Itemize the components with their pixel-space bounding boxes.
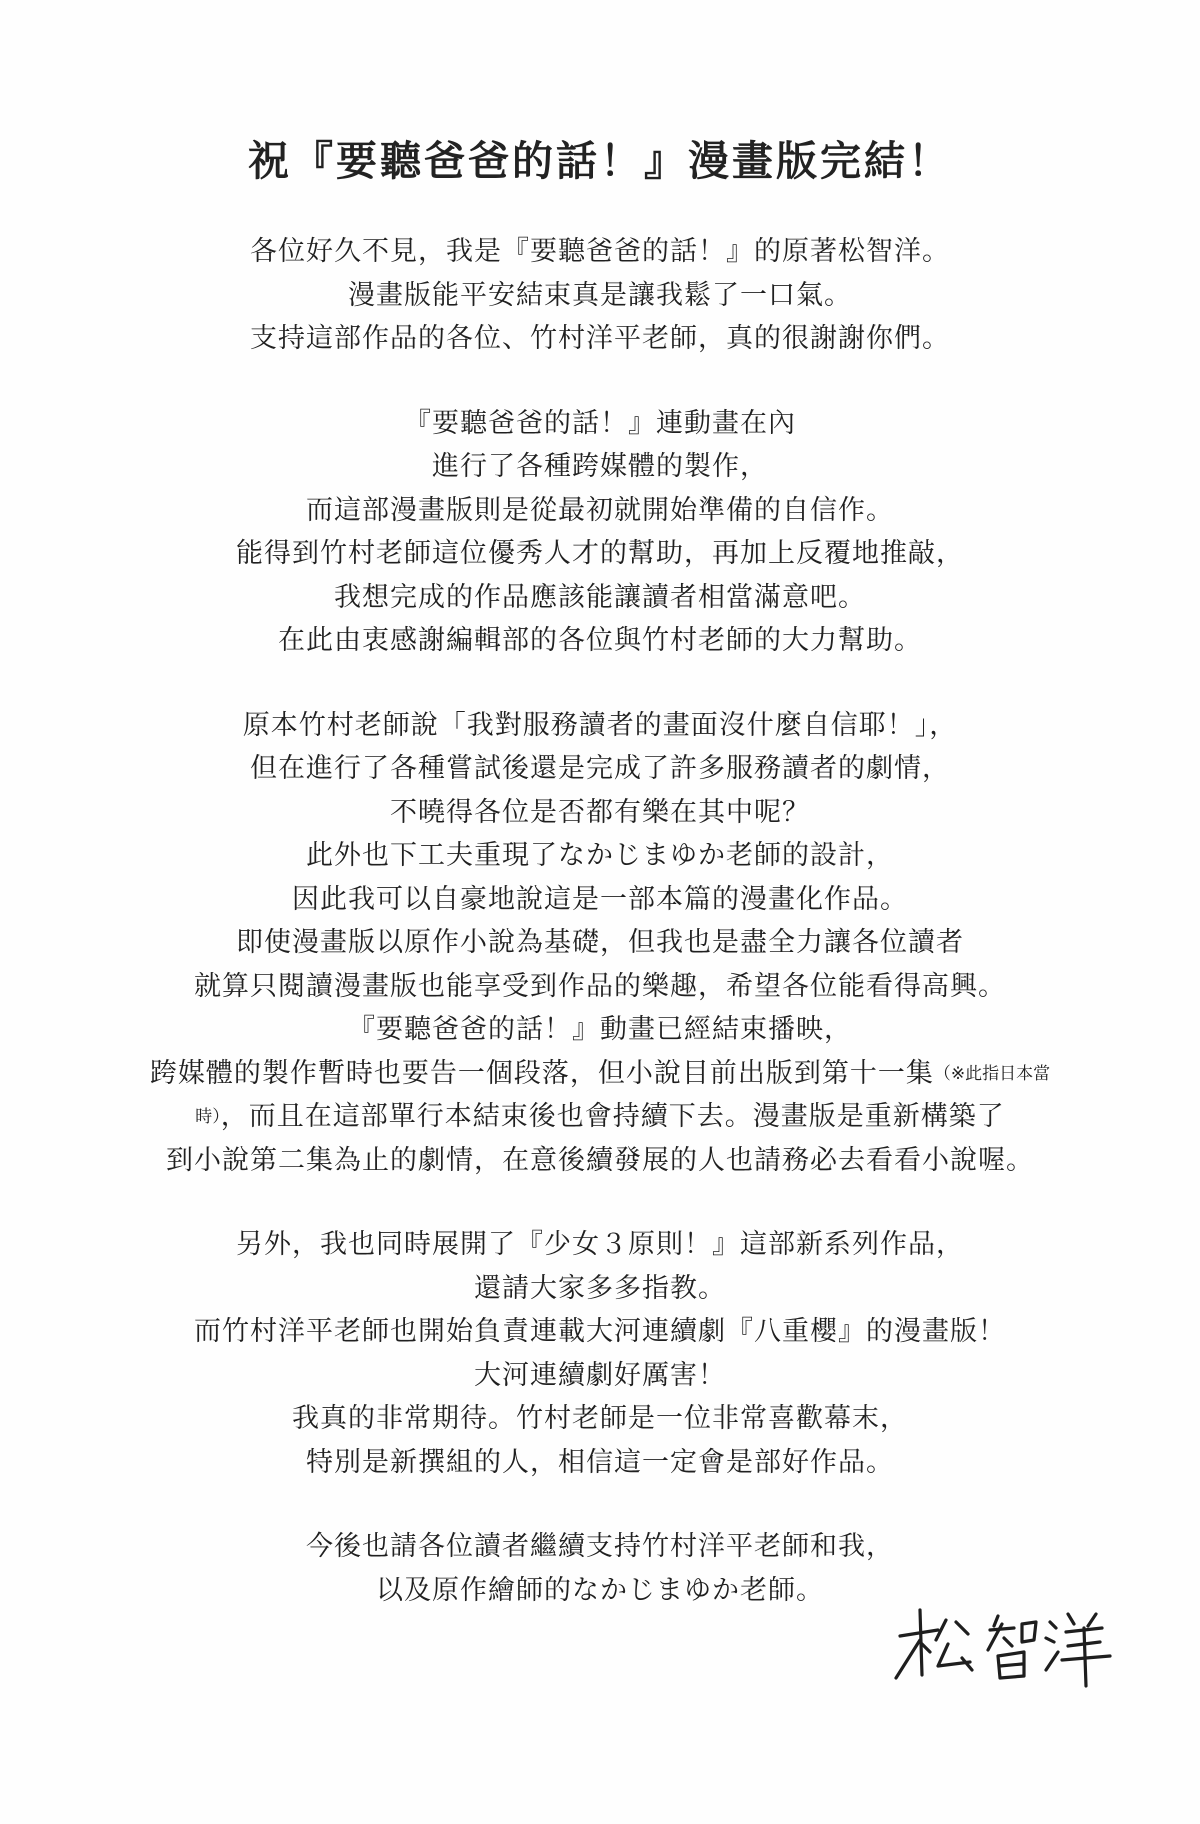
- text-line: 『要聽爸爸的話！』動畫已經結束播映，: [0, 1008, 1200, 1052]
- text-line: 今後也請各位讀者繼續支持竹村洋平老師和我，: [0, 1525, 1200, 1569]
- text-line: 但在進行了各種嘗試後還是完成了許多服務讀者的劇情，: [0, 747, 1200, 791]
- text-line: 在此由衷感謝編輯部的各位與竹村老師的大力幫助。: [0, 619, 1200, 663]
- translator-note: （※此指日本當: [934, 1064, 1050, 1084]
- document-page: 祝『要聽爸爸的話！』漫畫版完結！ 各位好久不見，我是『要聽爸爸的話！』的原著松智…: [0, 0, 1200, 1824]
- text-line: 另外，我也同時展開了『少女３原則！』這部新系列作品，: [0, 1223, 1200, 1267]
- afterword-body: 各位好久不見，我是『要聽爸爸的話！』的原著松智洋。 漫畫版能平安結束真是讓我鬆了…: [0, 230, 1200, 1653]
- paragraph-media-mix: 『要聽爸爸的話！』連動畫在內 進行了各種跨媒體的製作， 而這部漫畫版則是從最初就…: [0, 402, 1200, 663]
- text-line: 我想完成的作品應該能讓讀者相當滿意吧。: [0, 576, 1200, 620]
- text-line: 即使漫畫版以原作小說為基礎，但我也是盡全力讓各位讀者: [0, 921, 1200, 965]
- text-line: 各位好久不見，我是『要聽爸爸的話！』的原著松智洋。: [0, 230, 1200, 274]
- paragraph-greeting: 各位好久不見，我是『要聽爸爸的話！』的原著松智洋。 漫畫版能平安結束真是讓我鬆了…: [0, 230, 1200, 361]
- paragraph-new-series: 另外，我也同時展開了『少女３原則！』這部新系列作品， 還請大家多多指教。 而竹村…: [0, 1223, 1200, 1484]
- text-line-main: 跨媒體的製作暫時也要告一個段落，但小說目前出版到第十一集: [150, 1058, 934, 1089]
- text-line: 而竹村洋平老師也開始負責連載大河連續劇『八重櫻』的漫畫版！: [0, 1310, 1200, 1354]
- text-line: 跨媒體的製作暫時也要告一個段落，但小說目前出版到第十一集（※此指日本當: [0, 1052, 1200, 1096]
- text-line: 支持這部作品的各位、竹村洋平老師，真的很謝謝你們。: [0, 317, 1200, 361]
- text-line: 原本竹村老師說「我對服務讀者的畫面沒什麼自信耶！」，: [0, 704, 1200, 748]
- handwritten-signature: 松智洋: [890, 1600, 1120, 1690]
- text-line: 我真的非常期待。竹村老師是一位非常喜歡幕末，: [0, 1397, 1200, 1441]
- text-line: 因此我可以自豪地說這是一部本篇的漫畫化作品。: [0, 878, 1200, 922]
- text-line: 時），而且在這部單行本結束後也會持續下去。漫畫版是重新構築了: [0, 1095, 1200, 1139]
- text-line: 還請大家多多指教。: [0, 1267, 1200, 1311]
- text-line: 此外也下工夫重現了なかじまゆか老師的設計，: [0, 834, 1200, 878]
- text-line-main: ，而且在這部單行本結束後也會持續下去。漫畫版是重新構築了: [221, 1101, 1005, 1132]
- text-line: 進行了各種跨媒體的製作，: [0, 445, 1200, 489]
- translator-note-continued: 時）: [195, 1107, 221, 1127]
- text-line: 而這部漫畫版則是從最初就開始準備的自信作。: [0, 489, 1200, 533]
- signature-icon: [890, 1600, 1120, 1690]
- text-line: 『要聽爸爸的話！』連動畫在內: [0, 402, 1200, 446]
- text-line: 漫畫版能平安結束真是讓我鬆了一口氣。: [0, 274, 1200, 318]
- text-line: 大河連續劇好厲害！: [0, 1354, 1200, 1398]
- text-line: 特別是新撰組的人，相信這一定會是部好作品。: [0, 1441, 1200, 1485]
- paragraph-closing: 今後也請各位讀者繼續支持竹村洋平老師和我， 以及原作繪師的なかじまゆか老師。: [0, 1525, 1200, 1612]
- text-line: 不曉得各位是否都有樂在其中呢？: [0, 791, 1200, 835]
- text-line: 能得到竹村老師這位優秀人才的幫助，再加上反覆地推敲，: [0, 532, 1200, 576]
- text-line: 就算只閱讀漫畫版也能享受到作品的樂趣，希望各位能看得高興。: [0, 965, 1200, 1009]
- page-title: 祝『要聽爸爸的話！』漫畫版完結！: [0, 128, 1200, 187]
- paragraph-fan-service: 原本竹村老師說「我對服務讀者的畫面沒什麼自信耶！」， 但在進行了各種嘗試後還是完…: [0, 704, 1200, 1183]
- text-line: 到小說第二集為止的劇情，在意後續發展的人也請務必去看看小說喔。: [0, 1139, 1200, 1183]
